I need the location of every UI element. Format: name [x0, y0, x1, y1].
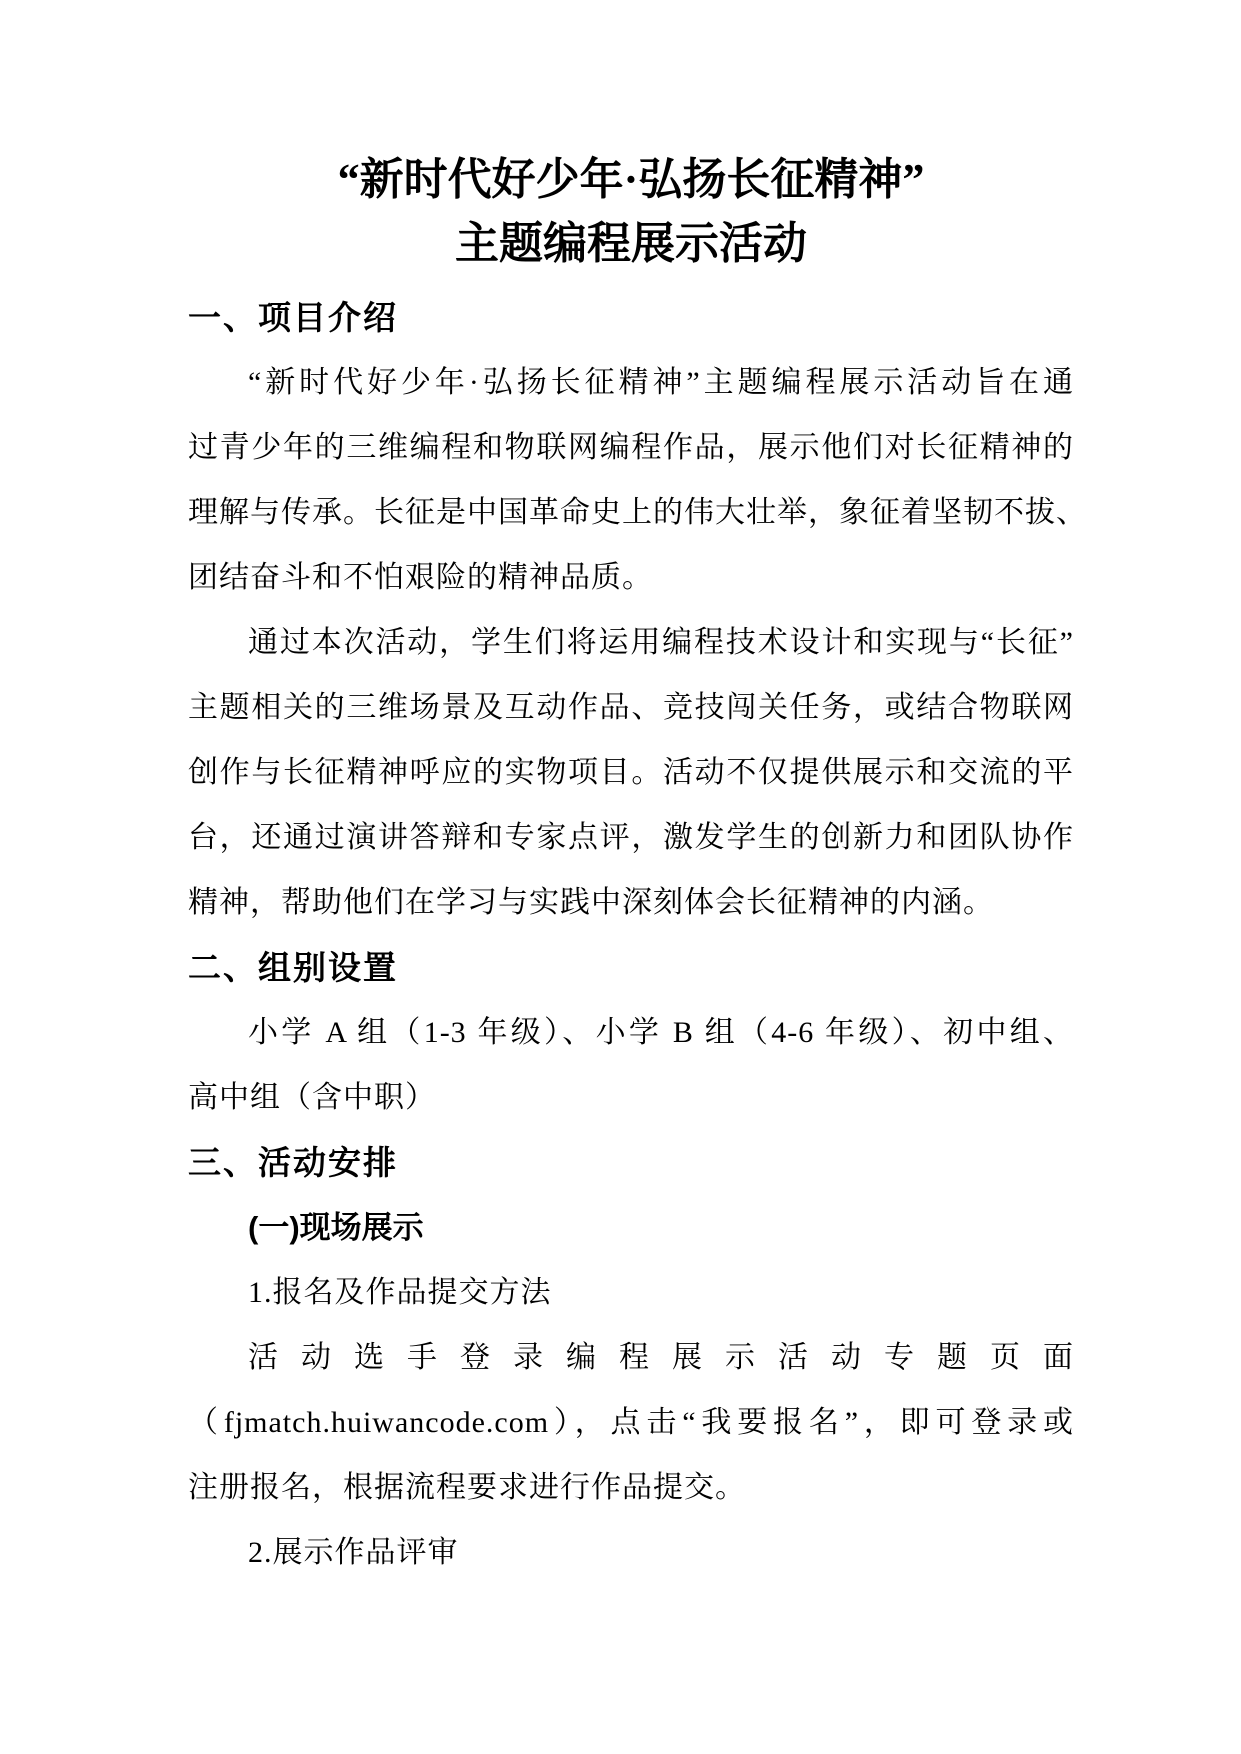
section-1-para-2-line-2: 主题相关的三维场景及互动作品、竞技闯关任务，或结合物联网 — [188, 675, 1074, 740]
document-title-line-2: 主题编程展示活动 — [188, 212, 1074, 276]
section-3-heading: 三、活动安排 — [188, 1130, 1074, 1195]
section-2-para-1-line-2: 高中组（含中职） — [188, 1065, 1074, 1130]
document-page: “新时代好少年·弘扬长征精神” 主题编程展示活动 一、项目介绍 “新时代好少年·… — [0, 0, 1241, 1754]
section-3-para-1-line-3: 注册报名，根据流程要求进行作品提交。 — [188, 1455, 1074, 1520]
section-1-para-2-line-5: 精神，帮助他们在学习与实践中深刻体会长征精神的内涵。 — [188, 870, 1074, 935]
section-1-para-1-line-2: 过青少年的三维编程和物联网编程作品，展示他们对长征精神的 — [188, 415, 1074, 480]
section-1-heading: 一、项目介绍 — [188, 285, 1074, 350]
section-1-para-2-line-3: 创作与长征精神呼应的实物项目。活动不仅提供展示和交流的平 — [188, 740, 1074, 805]
section-3-item-1: 1.报名及作品提交方法 — [188, 1260, 1074, 1325]
section-1-para-2-line-4: 台，还通过演讲答辩和专家点评，激发学生的创新力和团队协作 — [188, 805, 1074, 870]
section-2-para-1-line-1: 小学 A 组（1-3 年级）、小学 B 组（4-6 年级）、初中组、 — [188, 1000, 1074, 1065]
section-1-para-1-line-4: 团结奋斗和不怕艰险的精神品质。 — [188, 545, 1074, 610]
section-1-para-2-line-1: 通过本次活动，学生们将运用编程技术设计和实现与“长征” — [188, 610, 1074, 675]
section-3-para-1-line-1: 活动选手登录编程展示活动专题页面 — [188, 1325, 1074, 1390]
section-1-para-1-line-1: “新时代好少年·弘扬长征精神”主题编程展示活动旨在通 — [188, 350, 1074, 415]
document-body: 一、项目介绍 “新时代好少年·弘扬长征精神”主题编程展示活动旨在通 过青少年的三… — [188, 285, 1074, 1585]
document-title: “新时代好少年·弘扬长征精神” 主题编程展示活动 — [188, 148, 1074, 276]
document-title-line-1: “新时代好少年·弘扬长征精神” — [188, 148, 1074, 212]
section-3-subheading-1: (一)现场展示 — [188, 1195, 1074, 1260]
section-3-para-1-line-2: （fjmatch.huiwancode.com），点击“我要报名”，即可登录或 — [188, 1390, 1074, 1455]
section-2-heading: 二、组别设置 — [188, 935, 1074, 1000]
section-3-item-2: 2.展示作品评审 — [188, 1520, 1074, 1585]
section-1-para-1-line-3: 理解与传承。长征是中国革命史上的伟大壮举，象征着坚韧不拔、 — [188, 480, 1074, 545]
